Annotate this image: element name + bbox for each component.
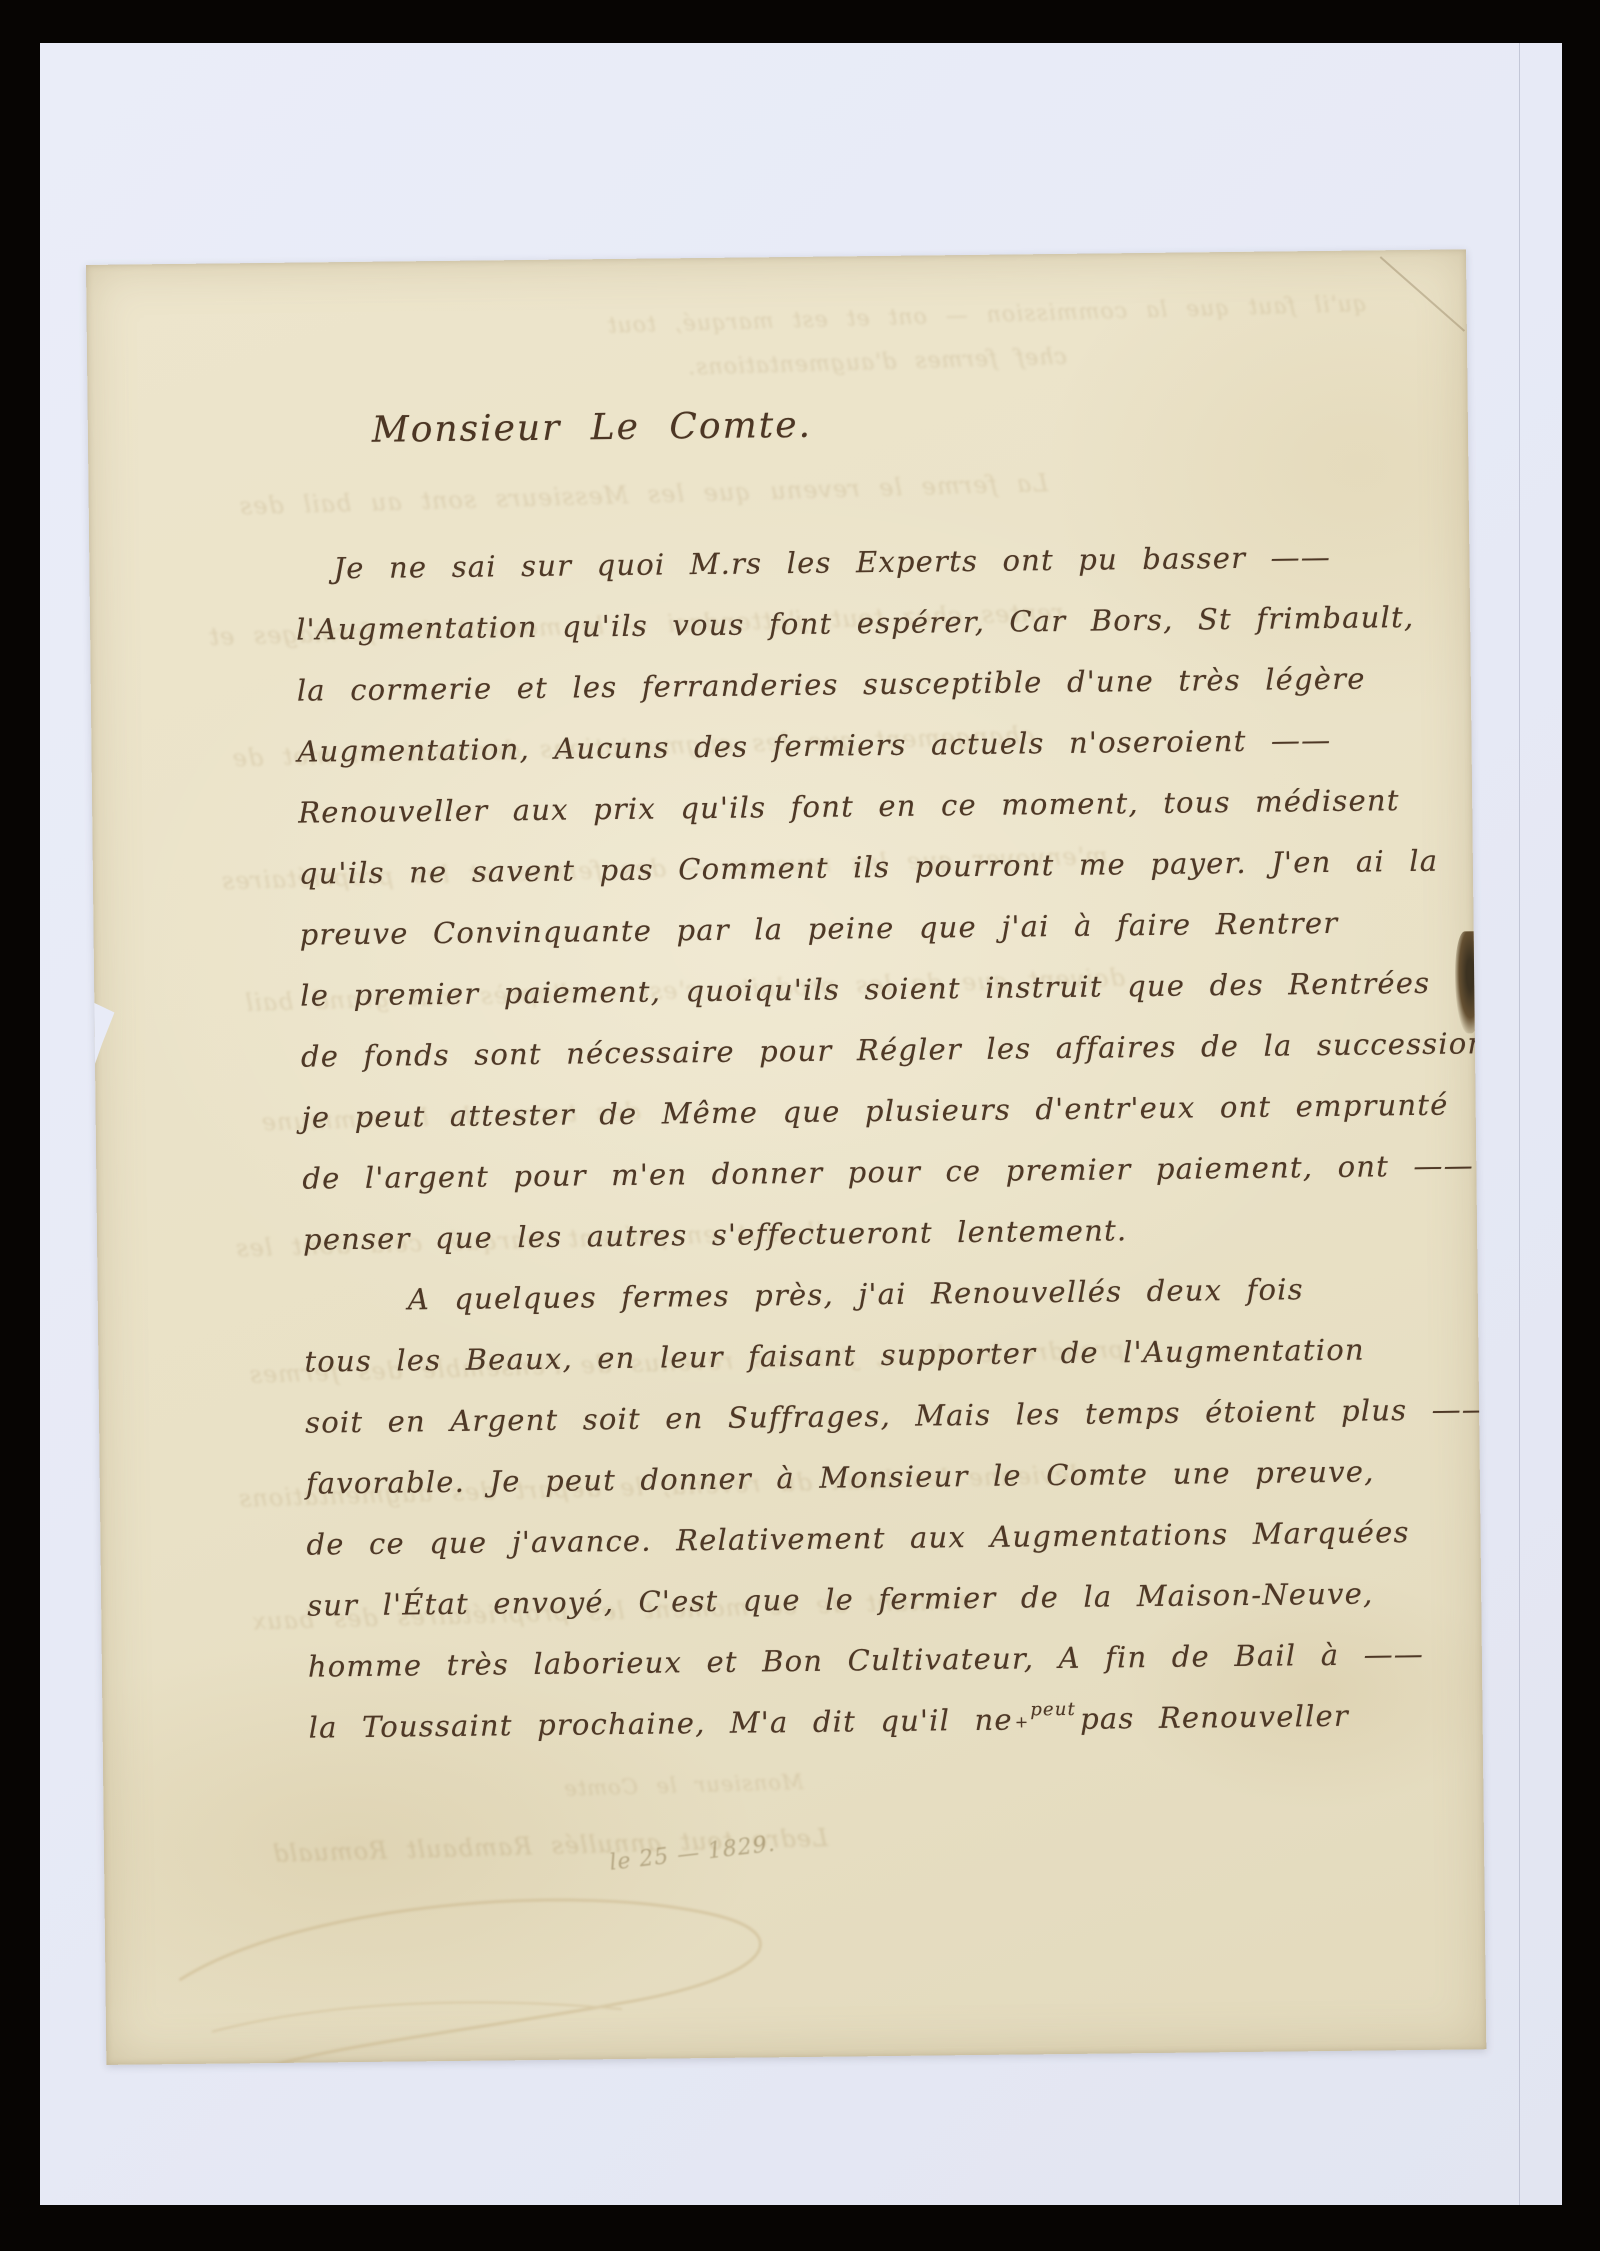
salutation: Monsieur Le Comte.: [372, 405, 813, 451]
signature-flourish-showthrough: [150, 1873, 952, 2065]
letter-page: qu'il faut que la commission — ont et es…: [86, 249, 1486, 2065]
interlinear-insertion: peut: [1030, 1699, 1076, 1721]
line-text-before: la Toussaint prochaine, M'a dit qu'il ne: [308, 1703, 1013, 1745]
crease-top-right: [1380, 256, 1465, 331]
mat-crease-line: [1519, 43, 1520, 2205]
showthrough-line: qu'il faut que la commission — ont et es…: [606, 292, 1367, 339]
letter-body: Je ne sai sur quoi M.rs les Experts ont …: [295, 529, 1486, 1762]
letter-line-with-insertion: la Toussaint prochaine, M'a dit qu'il ne…: [308, 1688, 1486, 1762]
showthrough-line: La ferme le revenu que les Messieurs son…: [238, 469, 1048, 520]
showthrough-line: Monsieur le Comte: [563, 1770, 804, 1801]
line-text-after: pas Renouveller: [1080, 1699, 1349, 1736]
scan-photo: { "letter": { "salutation": "Monsieur Le…: [0, 0, 1600, 2251]
insertion-caret: +: [1015, 1712, 1030, 1731]
showthrough-line: chef fermes d'augmentations.: [687, 345, 1067, 381]
